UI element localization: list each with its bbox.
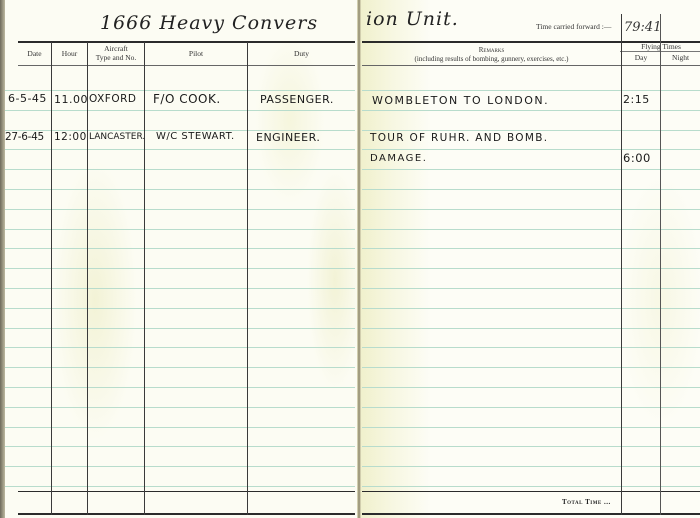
ruled-line [5,367,18,368]
entry-remarks-line2: DAMAGE. [370,153,427,164]
ruled-line [5,407,18,408]
ruled-line [362,446,700,447]
ruled-line [18,90,355,91]
ruled-line [362,466,700,467]
ruled-line [362,169,700,170]
ruled-line [18,367,355,368]
ruled-line [18,110,355,111]
ruled-line [5,446,18,447]
right-page [361,0,700,518]
ruled-line [5,90,18,91]
bottom-rule-right [362,513,700,515]
entry-day-time: 2:15 [623,93,650,106]
entry-date: 6-5-45 [8,92,47,105]
col-divider-remarks-day [621,14,622,515]
col-divider-date-hour [51,42,52,515]
header-date: Date [18,49,51,58]
time-carried-forward-value: 79:41 [624,20,661,35]
total-time-label: Total Time ... [562,498,611,506]
ruled-line [5,427,18,428]
entry-remarks-line1: WOMBLETON TO LONDON. [372,94,549,107]
header-day: Day [622,53,660,62]
ruled-line [5,268,18,269]
ruled-line [362,407,700,408]
ruled-line [18,149,355,150]
header-duty: Duty [248,49,355,58]
entry-duty: ENGINEER. [256,131,320,144]
book-spine [357,0,361,518]
ruled-line [5,169,18,170]
unit-title-left: 1666 Heavy Convers [100,12,318,34]
ruled-line [362,149,700,150]
col-divider-pilot-duty [247,42,248,515]
ruled-line [5,248,18,249]
time-carried-forward-label: Time carried forward :— [536,22,611,31]
ruled-line [18,407,355,408]
bottom-rule-left [18,513,355,515]
ruled-line [362,248,700,249]
entry-date: 27-6-45 [5,131,44,143]
ruled-line [362,130,700,131]
ruled-line [5,308,18,309]
entry-hour: 11.00 [54,93,88,106]
header-remarks-sub: (including results of bombing, gunnery, … [362,55,621,64]
ruled-line [18,446,355,447]
ruled-line [18,308,355,309]
ruled-line [18,466,355,467]
ruled-line [362,486,700,487]
entry-aircraft: OXFORD [89,93,136,105]
header-aircraft-line1: Aircraft [88,44,144,53]
ruled-line [362,189,700,190]
ruled-line [362,209,700,210]
ruled-line [18,209,355,210]
ruled-line [362,347,700,348]
book-edge [0,0,5,518]
ruled-line [5,110,18,111]
header-flying-times: Flying Times [622,42,700,51]
ruled-line [5,486,18,487]
ruled-line [18,347,355,348]
ruled-line [362,367,700,368]
header-bottom-rule-left [18,65,355,66]
entry-day-time: 6:00 [623,151,651,165]
ruled-line [362,268,700,269]
unit-title-right: ion Unit. [366,8,459,30]
ruled-line [362,387,700,388]
ruled-line [5,387,18,388]
ruled-line [362,229,700,230]
header-hour: Hour [52,49,87,58]
ruled-line [18,189,355,190]
entry-duty: PASSENGER. [260,93,334,106]
ruled-line [18,328,355,329]
ruled-line [5,288,18,289]
entry-aircraft: LANCASTER. [89,132,145,142]
col-divider-day-night [660,14,661,515]
ruled-line [362,90,700,91]
header-night: Night [661,53,700,62]
ruled-line [18,387,355,388]
entry-pilot: F/O COOK. [153,92,221,106]
ruled-line [18,229,355,230]
entry-pilot: W/C STEWART. [156,131,235,142]
ruled-line [5,347,18,348]
ruled-line [18,268,355,269]
left-page [0,0,357,518]
footer-rule-right [362,491,700,492]
header-aircraft-line2: Type and No. [88,53,144,62]
ruled-line [362,308,700,309]
ruled-line [5,189,18,190]
ruled-line [5,229,18,230]
header-remarks-title: Remarks [362,46,621,55]
ruled-line [5,466,18,467]
ruled-line [362,288,700,289]
ruled-line [5,149,18,150]
header-bottom-rule-right [362,65,700,66]
ruled-line [5,209,18,210]
col-divider-hour-aircraft [87,42,88,515]
entry-remarks-line1: TOUR OF RUHR. AND BOMB. [370,132,548,144]
header-pilot: Pilot [145,49,247,58]
ruled-line [18,427,355,428]
ruled-line [362,427,700,428]
ruled-line [18,169,355,170]
ruled-line [18,248,355,249]
footer-rule-left [18,491,355,492]
entry-hour: 12:00 [54,131,87,143]
ruled-line [18,486,355,487]
ruled-line [362,110,700,111]
ruled-line [5,328,18,329]
ruled-line [362,328,700,329]
ruled-line [18,288,355,289]
header-top-rule-left [18,41,355,43]
col-divider-aircraft-pilot [144,42,145,515]
